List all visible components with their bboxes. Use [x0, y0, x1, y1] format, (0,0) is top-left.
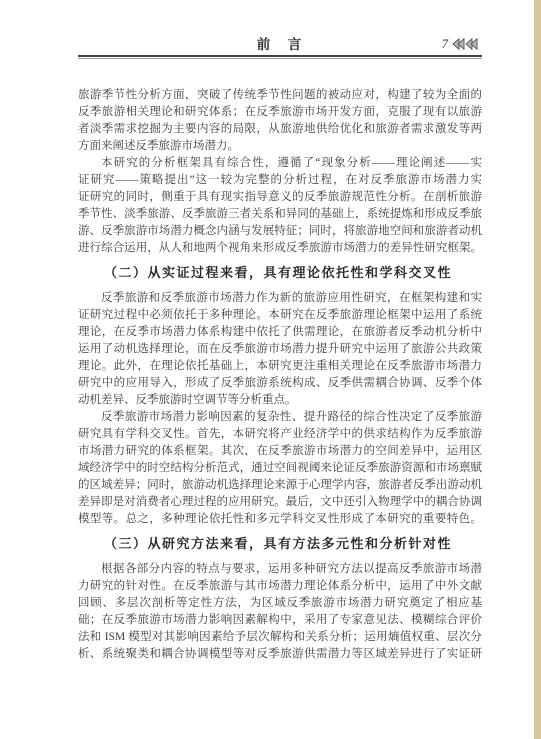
text-line: 运用了动机选择理论，而在反季旅游市场潜力提升研究中运用了旅游公共政策 [78, 341, 482, 358]
paragraph: 本研究的分析框架具有综合性，遵循了“现象分析——理论阐述——实证研究——策略提出… [78, 155, 482, 257]
text-line: 本研究的分析框架具有综合性，遵循了“现象分析——理论阐述——实 [78, 155, 482, 172]
page-number: 7 [442, 37, 448, 51]
text-line: 证研究的同时，侧重于具有现实指导意义的反季旅游规范性分析。在剖析旅游 [78, 189, 482, 206]
text-line: 理论，在反季市场潜力体系构建中依托了供需理论，在旅游者反季动机分析中 [78, 324, 482, 341]
text-line: 理论。此外，在理论依托基础上，本研究更注重相关理论在反季旅游市场潜力 [78, 358, 482, 375]
page-edge-strip [534, 0, 541, 739]
page-body: 旅游季节性分析方面，突破了传统季节性问题的被动应对，构建了较为全面的反季旅游相关… [78, 87, 482, 663]
section-heading: （三）从研究方法来看，具有方法多元性和分析针对性 [78, 534, 482, 553]
text-line: 的区域差异；同时，旅游动机选择理论来源于心理学内容，旅游者反季出游动机 [78, 477, 482, 494]
text-line: 析、系统聚类和耦合协调模型等对反季旅游供需潜力等区域差异进行了实证研 [78, 646, 482, 663]
paragraph: 旅游季节性分析方面，突破了传统季节性问题的被动应对，构建了较为全面的反季旅游相关… [78, 87, 482, 155]
text-line: 法和 ISM 模型对其影响因素给予层次解构和关系分析；运用熵值权重、层次分 [78, 629, 482, 646]
text-line: 反季旅游市场潜力影响因素的复杂性、提升路径的综合性决定了反季旅游 [78, 409, 482, 426]
page-number-group: 7 [442, 37, 478, 51]
text-line: 回顾、多层次剖析等定性方法，为区域反季旅游市场潜力研究奠定了相应基 [78, 595, 482, 612]
paragraph: 反季旅游和反季旅游市场潜力作为新的旅游应用性研究，在框架构建和实证研究过程中必须… [78, 290, 482, 409]
text-line: 模型等。总之，多种理论依托性和多元学科交叉性形成了本研究的重要特色。 [78, 511, 482, 528]
page-header: 前 言 7 [78, 36, 482, 58]
text-line: 研究具有学科交叉性。首先，本研究将产业经济学中的供求结构作为反季旅游 [78, 426, 482, 443]
paragraph: 反季旅游市场潜力影响因素的复杂性、提升路径的综合性决定了反季旅游研究具有学科交叉… [78, 409, 482, 528]
text-line: 研究中的应用导入，形成了反季旅游系统构成、反季供需耦合协调、反季个体 [78, 375, 482, 392]
text-line: 差异即是对消费者心理过程的应用研究。最后，文中还引入物理学中的耦合协调 [78, 494, 482, 511]
text-line: 季节性、淡季旅游、反季旅游三者关系和异同的基础上，系统提炼和形成反季旅 [78, 206, 482, 223]
text-line: 根据各部分内容的特点与要求，运用多种研究方法以提高反季旅游市场潜 [78, 561, 482, 578]
double-left-arrows-icon [452, 38, 478, 50]
text-line: 市场潜力研究的体系框架。其次，在反季旅游市场潜力的空间差异中，运用区 [78, 443, 482, 460]
text-line: 旅游季节性分析方面，突破了传统季节性问题的被动应对，构建了较为全面的 [78, 87, 482, 104]
chapter-title: 前 言 [78, 36, 482, 54]
book-page: 前 言 7 旅游季节性分析方面，突破了传统季节性问题的被动应对，构建了较为全面的… [0, 0, 541, 739]
text-line: 进行综合运用，从人和地两个视角来形成反季旅游市场潜力的差异性研究框架。 [78, 240, 482, 257]
text-line: 反季旅游相关理论和研究体系；在反季旅游市场开发方面，克服了现有以旅游 [78, 104, 482, 121]
text-line: 力研究的针对性。在反季旅游与其市场潜力理论体系分析中，运用了中外文献 [78, 578, 482, 595]
section-heading: （二）从实证过程来看，具有理论依托性和学科交叉性 [78, 263, 482, 282]
text-line: 游、反季旅游市场潜力概念内涵与发展特征；同时，将旅游地空间和旅游者动机 [78, 223, 482, 240]
text-line: 方面来阐述反季旅游市场潜力。 [78, 138, 482, 155]
text-line: 证研究过程中必须依托于多种理论。本研究在反季旅游理论框架中运用了系统 [78, 307, 482, 324]
text-line: 域经济学中的时空结构分析范式，通过空间视阈来论证反季旅游资源和市场禀赋 [78, 460, 482, 477]
text-line: 动机差异、反季旅游时空调节等分析重点。 [78, 392, 482, 409]
text-line: 反季旅游和反季旅游市场潜力作为新的旅游应用性研究，在框架构建和实 [78, 290, 482, 307]
text-line: 证研究——策略提出”这一较为完整的分析过程，在对反季旅游市场潜力实 [78, 172, 482, 189]
text-line: 础；在反季旅游市场潜力影响因素解构中，采用了专家意见法、模糊综合评价 [78, 612, 482, 629]
paragraph: 根据各部分内容的特点与要求，运用多种研究方法以提高反季旅游市场潜力研究的针对性。… [78, 561, 482, 663]
text-line: 者淡季需求挖掘为主要内容的局限，从旅游地供给优化和旅游者需求激发等两 [78, 121, 482, 138]
header-rule [78, 55, 482, 59]
